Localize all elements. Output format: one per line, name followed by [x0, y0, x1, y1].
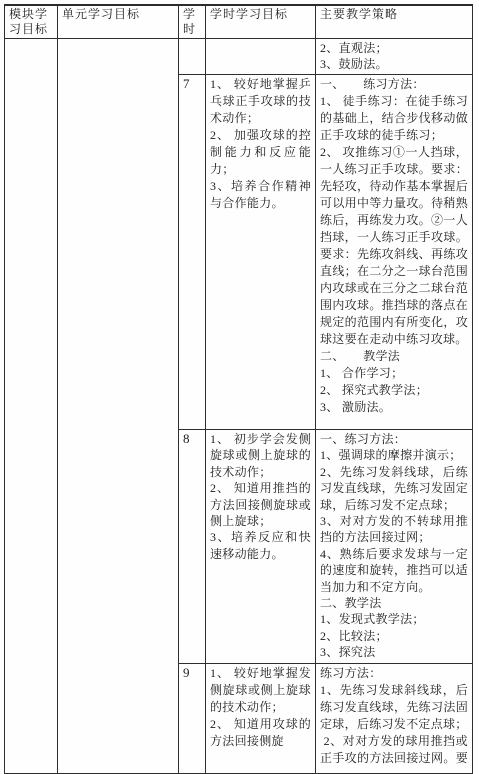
- strategies-cell: 一、练习方法： 1、强调球的摩擦并演示； 2、先练习发斜线球，后练习发直线球，先…: [316, 430, 473, 664]
- hours-value: 8: [183, 431, 201, 660]
- header-unit-goal: 单元学习目标: [58, 5, 179, 39]
- objectives-cell: 1、 较好地掌握乒乓球正手攻球的技术动作； 2、 加强攻球的控制能力和反应能力；…: [206, 75, 316, 430]
- hours-cell: 8: [179, 430, 206, 664]
- objectives-text: 1、 初步学会发侧旋球或侧上旋球的技术动作； 2、 知道用推挡的方法回接侧旋球或…: [210, 431, 311, 660]
- header-lesson-objectives: 学时学习目标: [206, 5, 316, 39]
- header-module-goal: 模块学习目标: [5, 5, 58, 39]
- objectives-text: 1、 较好地掌握乒乓球正手攻球的技术动作； 2、 加强攻球的控制能力和反应能力；…: [210, 76, 311, 425]
- document-page: 模块学习目标 单元学习目标 学时 学时学习目标 主要教学策略 2、直观法； 3、…: [0, 0, 479, 774]
- strategies-cell: 2、直观法； 3、鼓励法。: [316, 39, 473, 75]
- objectives-cell: 1、 初步学会发侧旋球或侧上旋球的技术动作； 2、 知道用推挡的方法回接侧旋球或…: [206, 430, 316, 664]
- hours-cell: 9: [179, 664, 206, 774]
- strategies-text: 一、练习方法： 1、强调球的摩擦并演示； 2、先练习发斜线球，后练习发直线球，先…: [320, 431, 468, 660]
- objectives-cell: [206, 39, 316, 75]
- hours-cell: 7: [179, 75, 206, 430]
- hours-value: 7: [183, 76, 201, 425]
- strategies-cell: 一、 练习方法： 1、 徒手练习：在徒手练习的基础上，结合步伐移动做正手攻球的徒…: [316, 75, 473, 430]
- hours-cell: [179, 39, 206, 75]
- cell-unit-goal: [58, 39, 179, 774]
- table-row-continuation: 2、直观法； 3、鼓励法。: [5, 39, 473, 75]
- strategies-cell: 练习方法： 1、先练习发球斜线球，后练习发直线球，先练习法固定球，后练习发不定点…: [316, 664, 473, 774]
- table-header-row: 模块学习目标 单元学习目标 学时 学时学习目标 主要教学策略: [5, 5, 473, 39]
- objectives-text: 1、 较好地掌握发侧旋球或侧上旋球的技术动作； 2、 知道用攻球的方法回接侧旋: [210, 665, 311, 768]
- header-strategies: 主要教学策略: [316, 5, 473, 39]
- strategies-text: 练习方法： 1、先练习发球斜线球，后练习发直线球，先练习法固定球，后练习发不定点…: [320, 665, 468, 768]
- strategies-text: 2、直观法； 3、鼓励法。: [320, 40, 468, 72]
- cell-module-goal: [5, 39, 58, 774]
- objectives-text: [210, 40, 311, 72]
- curriculum-table: 模块学习目标 单元学习目标 学时 学时学习目标 主要教学策略 2、直观法； 3、…: [4, 4, 473, 774]
- hours-value: [183, 40, 201, 72]
- hours-value: 9: [183, 665, 201, 768]
- strategies-text: 一、 练习方法： 1、 徒手练习：在徒手练习的基础上，结合步伐移动做正手攻球的徒…: [320, 76, 468, 425]
- objectives-cell: 1、 较好地掌握发侧旋球或侧上旋球的技术动作； 2、 知道用攻球的方法回接侧旋: [206, 664, 316, 774]
- header-hours: 学时: [179, 5, 206, 39]
